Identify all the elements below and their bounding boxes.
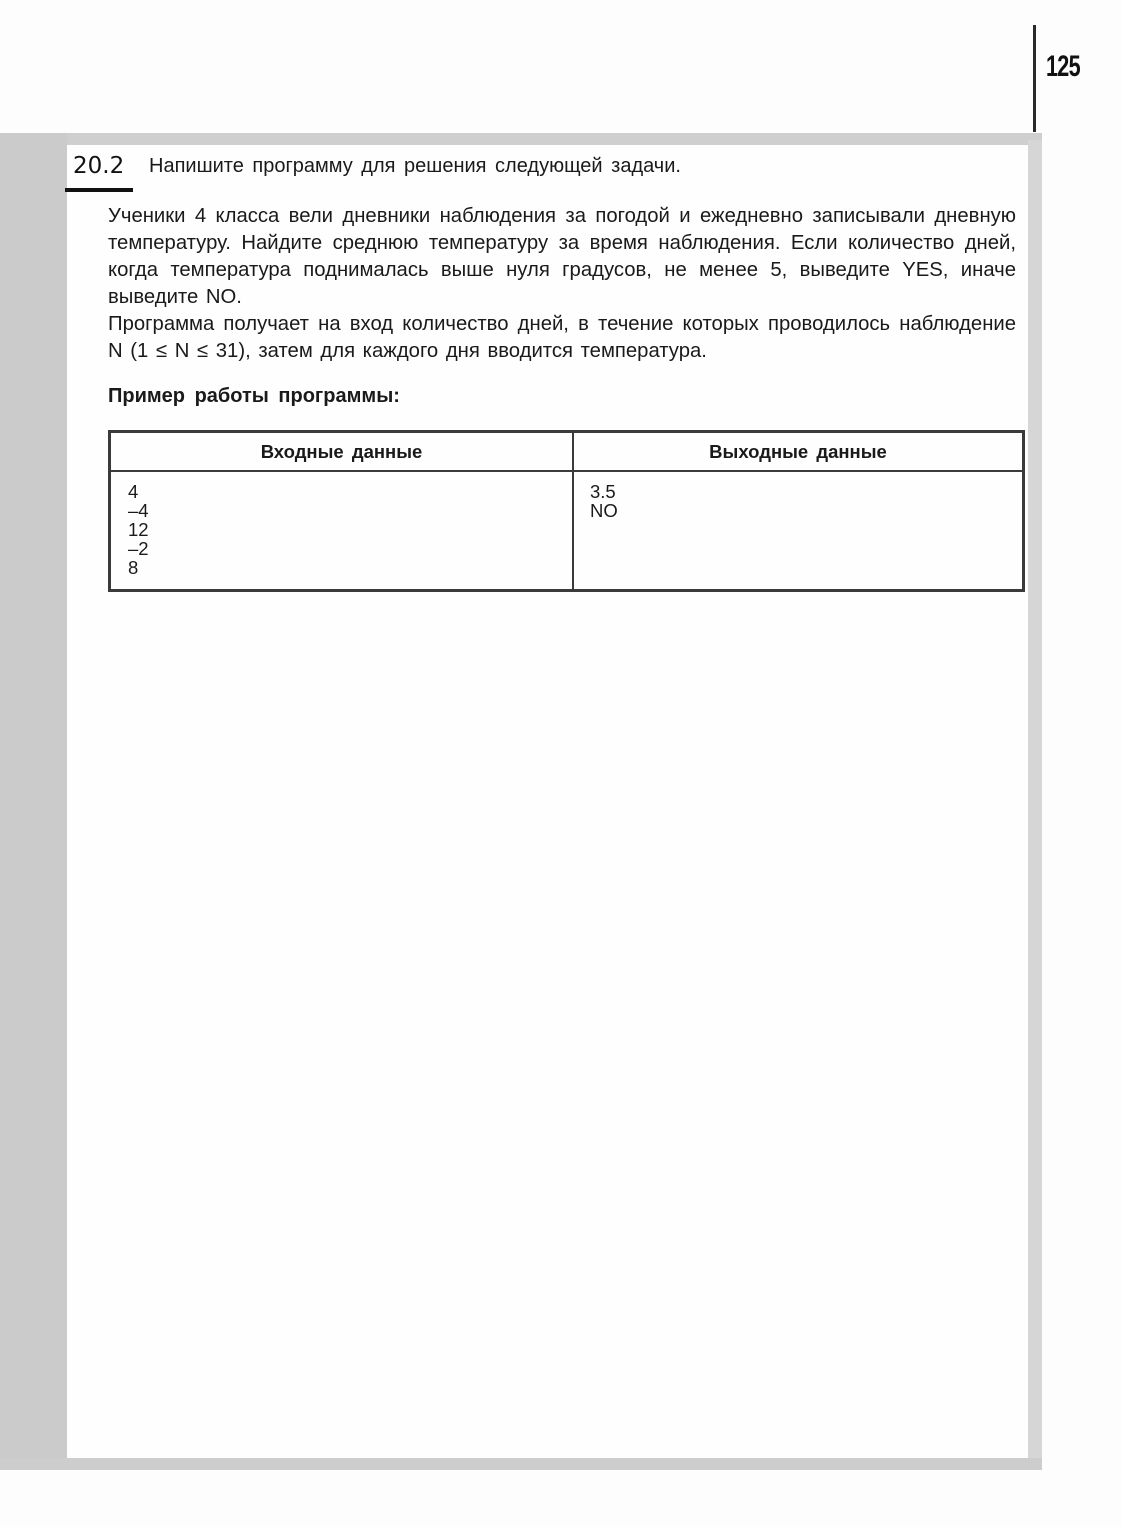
frame-bottom-border — [0, 1458, 1042, 1470]
task-title: Напишите программу для решения следующей… — [149, 155, 681, 178]
output-column-header: Выходные данные — [574, 441, 1022, 463]
task-number: 20.2 — [73, 153, 124, 179]
input-data-cell: 4 –4 12 –2 8 — [128, 482, 149, 577]
task-number-underline — [65, 188, 133, 192]
example-io-table: Входные данные Выходные данные 4 –4 12 –… — [108, 430, 1025, 592]
task-panel: 20.2 Напишите программу для решения след… — [67, 145, 1028, 1458]
frame-right-border — [1028, 140, 1042, 1470]
input-column-header: Входные данные — [111, 441, 572, 463]
task-paragraph: Программа получает на вход количество дн… — [108, 311, 1016, 365]
page-number: 125 — [1046, 50, 1080, 84]
task-paragraph: Ученики 4 класса вели дневники наблюдени… — [108, 203, 1016, 311]
task-description: Ученики 4 класса вели дневники наблюдени… — [108, 203, 1016, 365]
frame-top-border — [0, 133, 1042, 145]
example-heading: Пример работы программы: — [108, 385, 400, 408]
frame-left-border — [0, 133, 67, 1470]
page-edge-rule — [1033, 25, 1036, 132]
output-data-cell: 3.5 NO — [590, 482, 618, 520]
